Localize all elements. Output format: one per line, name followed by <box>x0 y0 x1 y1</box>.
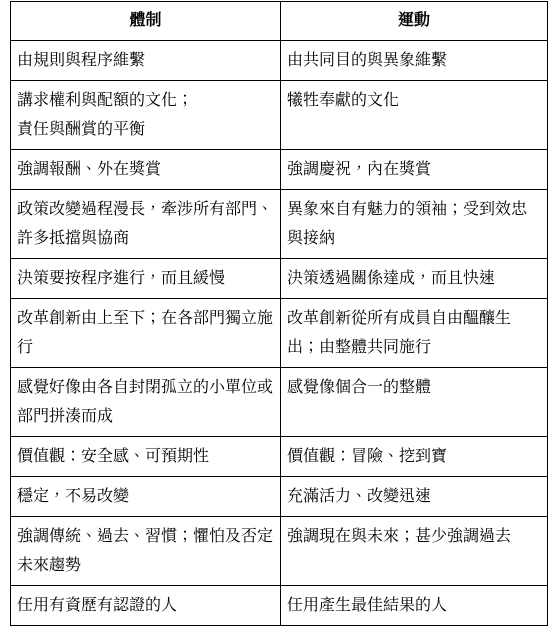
table-cell: 價值觀：安全感、可預期性 <box>11 437 281 477</box>
header-row: 體制 運動 <box>11 2 548 41</box>
table-cell: 強調傳統、過去、習慣；懼怕及否定未來趨勢 <box>11 517 281 586</box>
table-cell: 講求權利與配額的文化； 責任與酬賞的平衡 <box>11 81 281 150</box>
table-row: 穩定，不易改變 充滿活力、改變迅速 <box>11 477 548 517</box>
table-cell: 感覺像個合一的整體 <box>281 368 548 437</box>
comparison-table-container: 體制 運動 由規則與程序維繫 由共同目的與異象維繫 講求權利與配額的文化； 責任… <box>10 1 548 626</box>
table-cell: 異象來自有魅力的領袖；受到效忠與接納 <box>281 190 548 259</box>
table-row: 強調報酬、外在獎賞 強調慶祝，內在獎賞 <box>11 150 548 190</box>
comparison-table: 體制 運動 由規則與程序維繫 由共同目的與異象維繫 講求權利與配額的文化； 責任… <box>10 1 548 626</box>
table-cell: 任用產生最佳結果的人 <box>281 586 548 626</box>
table-row: 改革創新由上至下；在各部門獨立施行 改革創新從所有成員自由醞釀生出；由整體共同施… <box>11 299 548 368</box>
table-cell: 感覺好像由各自封閉孤立的小單位或部門拼湊而成 <box>11 368 281 437</box>
table-cell: 決策透過關係達成，而且快速 <box>281 259 548 299</box>
column-header-movement: 運動 <box>281 2 548 41</box>
table-cell: 價值觀：冒險、挖到寶 <box>281 437 548 477</box>
table-cell: 改革創新由上至下；在各部門獨立施行 <box>11 299 281 368</box>
table-cell: 決策要按程序進行，而且緩慢 <box>11 259 281 299</box>
table-cell: 由規則與程序維繫 <box>11 41 281 81</box>
table-cell: 犧牲奉獻的文化 <box>281 81 548 150</box>
table-cell: 任用有資歷有認證的人 <box>11 586 281 626</box>
table-row: 任用有資歷有認證的人 任用產生最佳結果的人 <box>11 586 548 626</box>
table-cell: 由共同目的與異象維繫 <box>281 41 548 81</box>
table-row: 政策改變過程漫長，牽涉所有部門、許多抵擋與協商 異象來自有魅力的領袖；受到效忠與… <box>11 190 548 259</box>
table-cell: 改革創新從所有成員自由醞釀生出；由整體共同施行 <box>281 299 548 368</box>
table-row: 感覺好像由各自封閉孤立的小單位或部門拼湊而成 感覺像個合一的整體 <box>11 368 548 437</box>
table-cell: 充滿活力、改變迅速 <box>281 477 548 517</box>
column-header-system: 體制 <box>11 2 281 41</box>
table-row: 由規則與程序維繫 由共同目的與異象維繫 <box>11 41 548 81</box>
table-row: 價值觀：安全感、可預期性 價值觀：冒險、挖到寶 <box>11 437 548 477</box>
table-cell: 強調現在與未來；甚少強調過去 <box>281 517 548 586</box>
table-cell: 強調報酬、外在獎賞 <box>11 150 281 190</box>
table-cell: 政策改變過程漫長，牽涉所有部門、許多抵擋與協商 <box>11 190 281 259</box>
table-row: 講求權利與配額的文化； 責任與酬賞的平衡 犧牲奉獻的文化 <box>11 81 548 150</box>
table-row: 決策要按程序進行，而且緩慢 決策透過關係達成，而且快速 <box>11 259 548 299</box>
table-row: 強調傳統、過去、習慣；懼怕及否定未來趨勢 強調現在與未來；甚少強調過去 <box>11 517 548 586</box>
table-cell: 強調慶祝，內在獎賞 <box>281 150 548 190</box>
table-cell: 穩定，不易改變 <box>11 477 281 517</box>
